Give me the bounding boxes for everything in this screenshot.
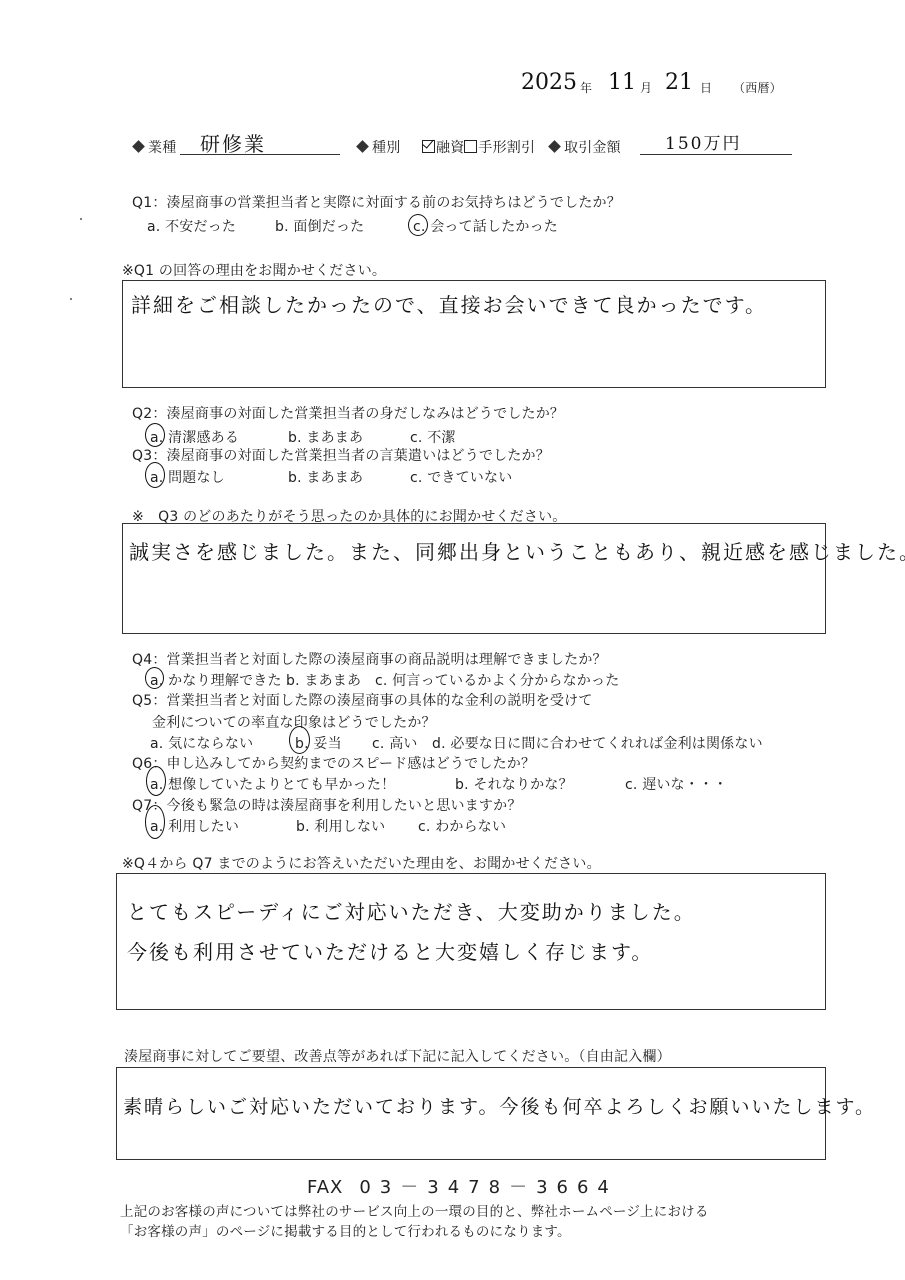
q6-option-b[interactable]: b. それなりかな？ (455, 774, 573, 794)
q5-question-line1: Q5：営業担当者と対面した際の湊屋商事の具体的な金利の説明を受けて (132, 690, 593, 710)
scan-speck (70, 298, 72, 300)
q7-question: Q7：今後も緊急の時は湊屋商事を利用したいと思いますか？ (132, 795, 522, 815)
q4-q7-reason-prompt: ※Q４から Q7 までのようにお答えいただいた理由を、お聞かせください。 (122, 853, 601, 873)
q4-q7-reason-answer-line1: とてもスピーディにご対応いただき、大変助かりました。 (127, 896, 696, 925)
date-day: 21 (665, 70, 693, 95)
q1-question: Q1：湊屋商事の営業担当者と実際に対面する前のお気持ちはどうでしたか？ (132, 192, 621, 212)
q3-question: Q3：湊屋商事の対面した営業担当者の言葉遣いはどうでしたか？ (132, 445, 550, 465)
q4-q7-reason-answer-line2: 今後も利用させていただけると大変嬉しく存じます。 (127, 936, 653, 965)
free-comment-prompt: 湊屋商事に対してご要望、改善点等があれば下記に記入してください。（自由記入欄） (124, 1046, 671, 1066)
amount-value[interactable]: 150万円 (665, 129, 741, 154)
fax-label: FAX (307, 1177, 343, 1198)
q1-selected-circle (408, 214, 428, 236)
type-label: 種別 (372, 140, 400, 156)
q4-selected-circle (145, 667, 164, 689)
q5-option-a[interactable]: a. 気にならない (150, 733, 253, 753)
footer-note-line2: 「お客様の声」のページに掲載する目的として行われるものになります。 (120, 1220, 571, 1240)
q5-option-d[interactable]: d. 必要な日に間に合わせてくれれば金利は関係ない (432, 733, 763, 753)
q2-option-c[interactable]: c. 不潔 (410, 427, 456, 447)
q1-reason-prompt: ※Q1 の回答の理由をお聞かせください。 (122, 260, 386, 280)
type-option-loan-label: 融資 (436, 140, 464, 156)
q6-selected-circle (146, 766, 166, 796)
date-day-label: 日 (700, 79, 712, 96)
scan-speck (80, 218, 82, 220)
amount-label: 取引金額 (564, 140, 621, 156)
diamond-bullet-icon (548, 140, 561, 153)
fax-number: 03－3478－3664 (359, 1177, 618, 1198)
amount-field: 取引金額 (550, 137, 621, 157)
q1-reason-box[interactable]: 詳細をご相談したかったので、直接お会いできて良かったです。 (122, 280, 826, 388)
q4-option-a[interactable]: a. かなり理解できた (150, 670, 282, 690)
q7-selected-circle (145, 805, 165, 839)
q3-reason-box[interactable]: 誠実さを感じました。また、同郷出身ということもあり、親近感を感じました。 (122, 523, 826, 634)
fax-line: FAX03－3478－3664 (307, 1173, 618, 1199)
free-comment-box[interactable]: 素晴らしいご対応いただいております。今後も何卒よろしくお願いいたします。 (116, 1067, 826, 1160)
q1-option-a[interactable]: a. 不安だった (147, 216, 236, 236)
date-month-label: 月 (640, 79, 652, 96)
q4-question: Q4：営業担当者と対面した際の湊屋商事の商品説明は理解できましたか？ (132, 649, 607, 669)
q7-option-b[interactable]: b. 利用しない (296, 816, 385, 836)
q6-option-a[interactable]: a. 想像していたよりとても早かった！ (150, 774, 395, 794)
footer-note-line1: 上記のお客様の声については弊社のサービス向上の一環の目的と、弊社ホームページ上に… (120, 1200, 709, 1220)
industry-label: 業種 (148, 140, 176, 156)
q5-option-c[interactable]: c. 高い (372, 733, 418, 753)
q4-q7-reason-box[interactable]: とてもスピーディにご対応いただき、大変助かりました。 今後も利用させていただける… (116, 873, 826, 1010)
type-option-bill-discount-checkbox[interactable] (464, 140, 477, 153)
q1-option-b[interactable]: b. 面倒だった (275, 216, 364, 236)
date-year-label: 年 (580, 79, 592, 96)
diamond-bullet-icon (356, 140, 369, 153)
amount-underline (640, 154, 792, 155)
industry-value[interactable]: 研修業 (200, 128, 266, 157)
q4-option-b[interactable]: b. まあまあ (286, 670, 361, 690)
q3-option-b[interactable]: b. まあまあ (288, 467, 363, 487)
date-year: 2025 (521, 70, 577, 95)
q1-reason-answer: 詳細をご相談したかったので、直接お会いできて良かったです。 (131, 289, 767, 318)
diamond-bullet-icon (132, 140, 145, 153)
q4-option-c[interactable]: c. 何言っているかよく分からなかった (375, 670, 619, 690)
type-option-bill-discount-label: 手形割引 (478, 140, 535, 156)
q3-reason-answer: 誠実さを感じました。また、同郷出身ということもあり、親近感を感じました。 (129, 536, 905, 565)
type-options: 融資手形割引 (422, 137, 535, 157)
q2-option-b[interactable]: b. まあまあ (288, 427, 363, 447)
industry-underline (180, 154, 340, 155)
q2-selected-circle (145, 423, 165, 447)
q7-option-c[interactable]: c. わからない (418, 816, 506, 836)
date-era-note: （西暦） (733, 79, 782, 96)
q6-option-c[interactable]: c. 遅いな・・・ (625, 774, 727, 794)
type-field: 種別 (358, 137, 400, 157)
q5-selected-circle (289, 726, 310, 754)
type-option-loan-checkbox[interactable] (422, 140, 435, 153)
industry-field: 業種 (134, 137, 176, 157)
q6-question: Q6：申し込みしてから契約までのスピード感はどうでしたか？ (132, 753, 535, 773)
q3-selected-circle (145, 462, 165, 488)
q2-question: Q2：湊屋商事の対面した営業担当者の身だしなみはどうでしたか？ (132, 403, 564, 423)
q1-option-c[interactable]: c. 会って話したかった (413, 216, 558, 236)
date-month: 11 (608, 70, 636, 95)
q3-option-c[interactable]: c. できていない (410, 467, 512, 487)
free-comment-answer: 素晴らしいご対応いただいております。今後も何卒よろしくお願いいたします。 (123, 1092, 876, 1119)
